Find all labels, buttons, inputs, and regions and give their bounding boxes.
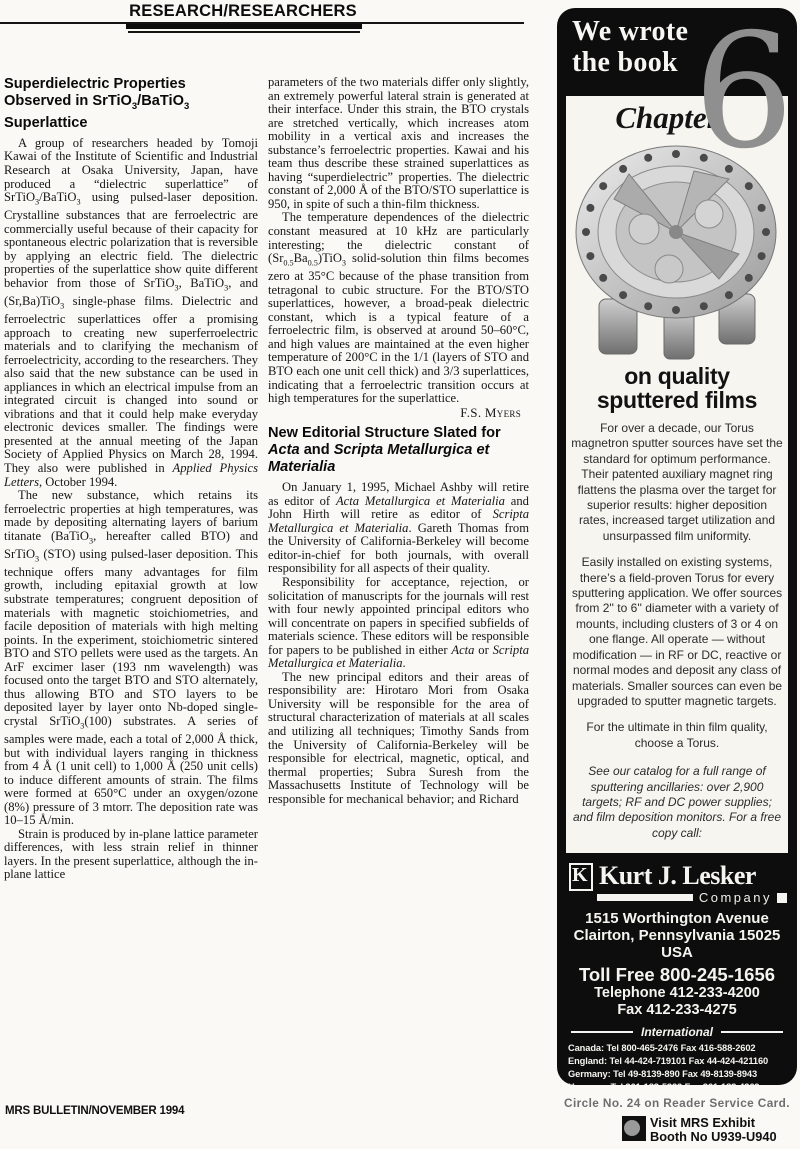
lesker-toll-free: Toll Free 800-245-1656: [557, 964, 797, 985]
reader-service-note: Circle No. 24 on Reader Service Card.: [552, 1096, 800, 1110]
lesker-telephone: Telephone 412-233-4200: [557, 985, 797, 1002]
mrs-exhibit-note: Visit MRS Exhibit Booth No U939-U940: [622, 1116, 777, 1144]
divider-line: [571, 1031, 633, 1033]
lesker-advertisement: We wrote the book 6 Chapter: [557, 8, 797, 1085]
journal-footer: MRS BULLETIN/NOVEMBER 1994: [5, 1103, 184, 1117]
intl-line-canada: Canada: Tel 800-465-2476 Fax 416-588-260…: [568, 1042, 797, 1055]
lesker-company-name: Kurt J. Lesker: [599, 863, 756, 889]
article1-paragraph: The temperature dependences of the diele…: [268, 211, 529, 405]
ad-tagline-line1: We wrote: [572, 16, 688, 47]
mrs-exhibit-text: Visit MRS Exhibit Booth No U939-U940: [650, 1116, 777, 1144]
header-rule-thick: [126, 24, 362, 29]
lesker-address-line1: 1515 Worthington Avenue: [557, 910, 797, 927]
international-divider: International: [571, 1025, 783, 1039]
divider-line: [721, 1031, 783, 1033]
ad-tagline-line2: the book: [572, 47, 688, 78]
ad-paragraph: For over a decade, our Torus magnetron s…: [571, 421, 783, 544]
company-bar: [597, 894, 693, 901]
ad-headline-line1: on quality: [566, 364, 788, 388]
international-heading: International: [633, 1025, 721, 1039]
lesker-logo-letter: K: [572, 863, 588, 887]
lesker-company-block: K Kurt J. Lesker Company 1515 Worthingto…: [557, 853, 797, 1085]
intl-line-hungary: Hungary: Tel 361-183-5322 Fax 361-183-43…: [568, 1081, 797, 1085]
page-section-title: RESEARCH/RESEARCHERS: [120, 2, 366, 21]
mrs-exhibit-line2: Booth No U939-U940: [650, 1130, 777, 1144]
chapter-number: 6: [693, 10, 794, 176]
company-square-icon: [777, 893, 787, 903]
mrs-exhibit-icon-circle: [624, 1120, 640, 1136]
lesker-brand-row: K Kurt J. Lesker: [557, 853, 797, 889]
header-rule-thin: [128, 31, 360, 33]
ad-paragraph: Easily installed on existing systems, th…: [571, 555, 783, 709]
ad-catalog-note: See our catalog for a full range of sput…: [571, 764, 783, 841]
lesker-logo-icon: K: [569, 863, 593, 889]
article1-byline: F.S. Myers: [268, 406, 529, 420]
ad-headline-line2: sputtered films: [566, 388, 788, 412]
ad-headline: on quality sputtered films: [566, 364, 788, 412]
ad-tagline: We wrote the book: [572, 16, 688, 78]
article2-paragraph: Responsibility for acceptance, rejection…: [268, 576, 529, 671]
article-column-1: Superdielectric PropertiesObserved in Sr…: [4, 76, 258, 1076]
article1-paragraph: A group of researchers headed by Tomoji …: [4, 137, 258, 489]
ad-paragraph: For the ultimate in thin film quality, c…: [571, 720, 783, 751]
lesker-fax: Fax 412-233-4275: [557, 1002, 797, 1019]
article1-title: Superdielectric PropertiesObserved in Sr…: [4, 76, 258, 132]
lesker-address-line2: Clairton, Pennsylvania 15025 USA: [557, 927, 797, 961]
company-suffix-row: Company: [557, 889, 797, 905]
article2-paragraph: On January 1, 1995, Michael Ashby will r…: [268, 481, 529, 576]
company-suffix: Company: [699, 890, 772, 905]
mrs-exhibit-icon: [622, 1116, 646, 1141]
intl-line-germany: Germany: Tel 49-8139-890 Fax 49-8139-894…: [568, 1068, 797, 1081]
article2-title: New Editorial Structure Slated for Acta …: [268, 425, 529, 476]
article-column-2: parameters of the two materials differ o…: [268, 76, 529, 1111]
article1-paragraph: Strain is produced by in-plane lattice p…: [4, 828, 258, 882]
ad-body-copy: For over a decade, our Torus magnetron s…: [571, 421, 783, 852]
article1-paragraph-continued: parameters of the two materials differ o…: [268, 76, 529, 211]
article1-paragraph: The new substance, which retains its fer…: [4, 489, 258, 828]
article2-paragraph: The new principal editors and their area…: [268, 671, 529, 806]
intl-line-england: England: Tel 44-424-719101 Fax 44-424-42…: [568, 1055, 797, 1068]
mrs-exhibit-line1: Visit MRS Exhibit: [650, 1116, 777, 1130]
international-contact-lines: Canada: Tel 800-465-2476 Fax 416-588-260…: [557, 1042, 797, 1085]
